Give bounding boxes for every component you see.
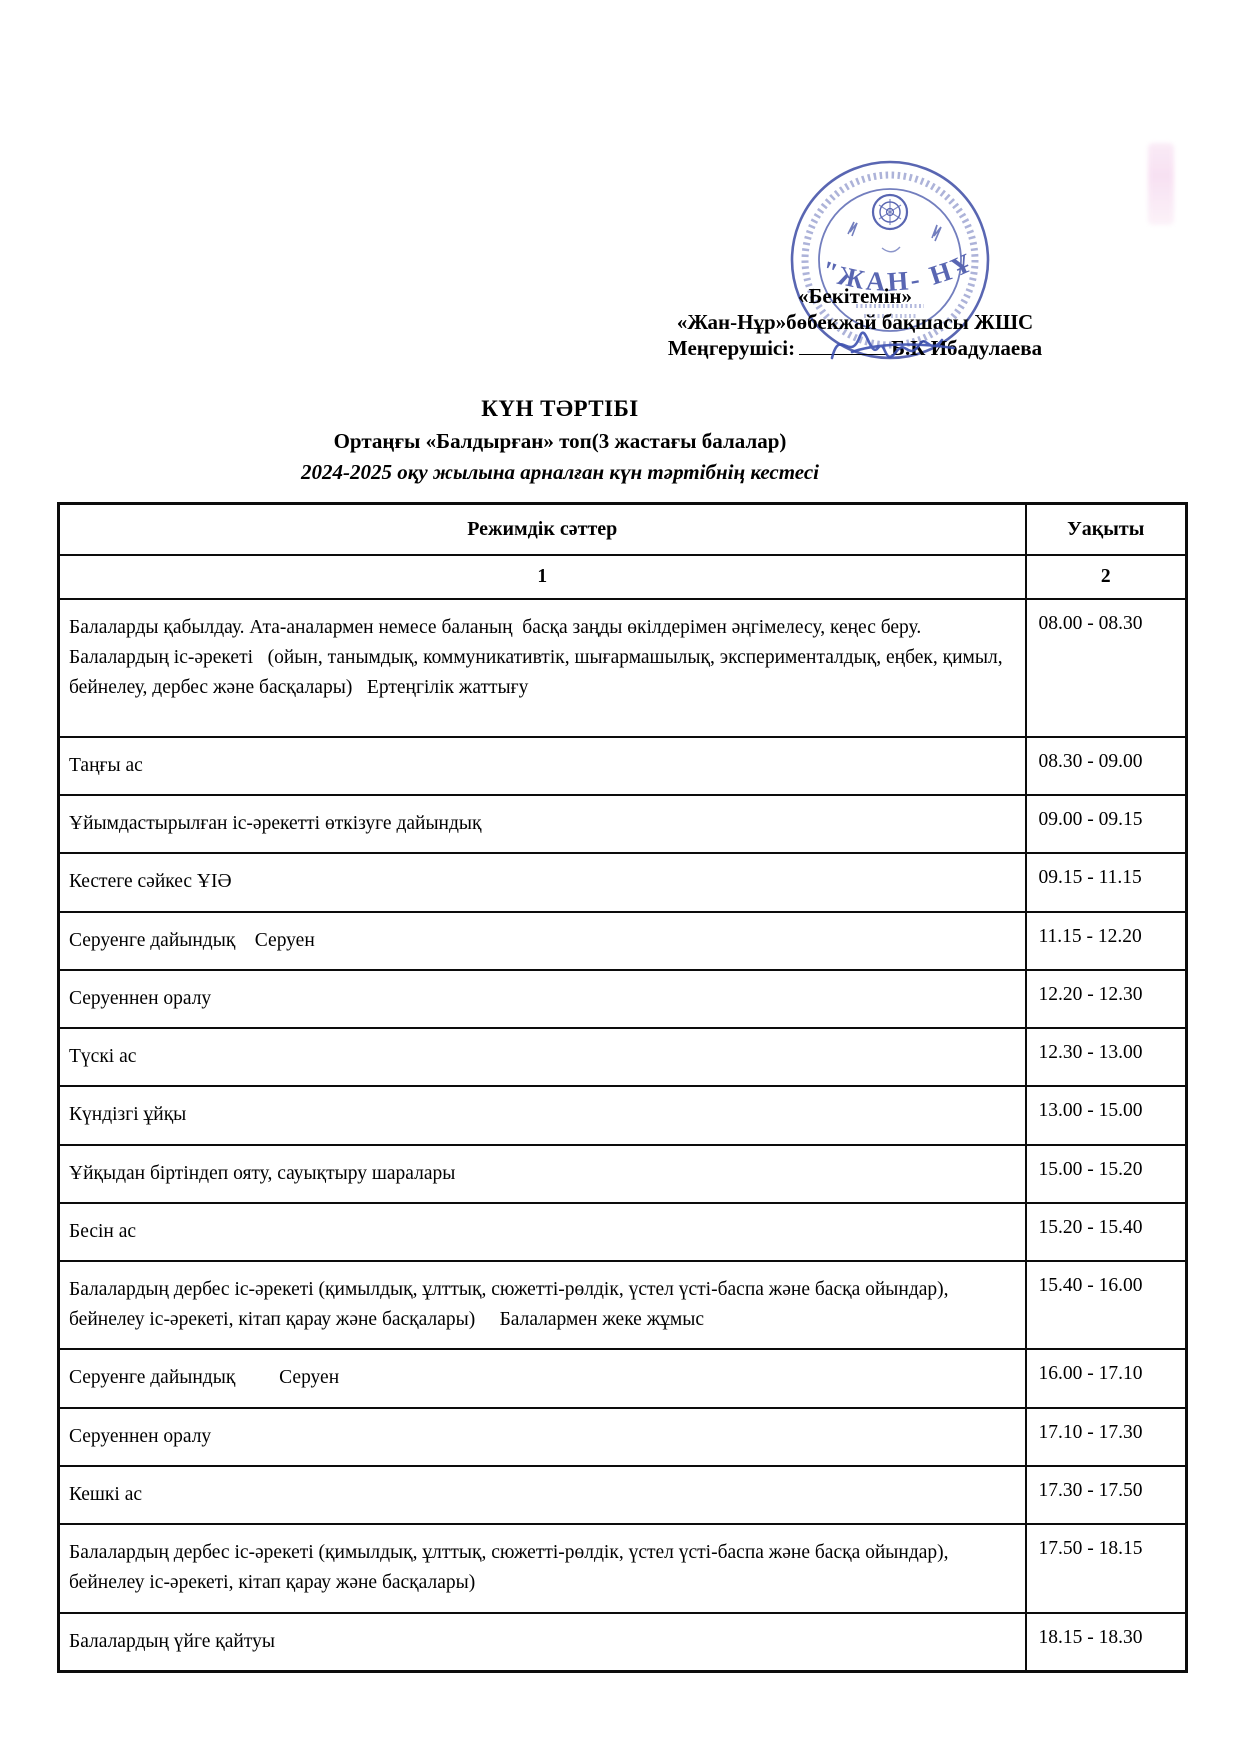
activity-cell: Серуенге дайындық Серуен bbox=[59, 912, 1026, 970]
svg-text:"ЖАН- НҰР": "ЖАН- НҰР" bbox=[786, 156, 979, 297]
activity-cell: Бесін ас bbox=[59, 1203, 1026, 1261]
time-cell: 16.00 - 17.10 bbox=[1026, 1349, 1187, 1407]
manager-label: Меңгерушісі: bbox=[668, 336, 795, 360]
activity-cell: Серуеннен оралу bbox=[59, 970, 1026, 1028]
activity-cell: Күндізгі ұйқы bbox=[59, 1086, 1026, 1144]
time-cell: 17.10 - 17.30 bbox=[1026, 1408, 1187, 1466]
stamp-center-text: "ЖАН- НҰР" bbox=[786, 156, 979, 297]
column-number-row: 1 2 bbox=[59, 555, 1187, 599]
column-number-1: 1 bbox=[59, 555, 1026, 599]
table-row: Күндізгі ұйқы 13.00 - 15.00 bbox=[59, 1086, 1187, 1144]
activity-cell: Ұйқыдан біртіндеп ояту, сауықтыру шарала… bbox=[59, 1145, 1026, 1203]
table-row: Таңғы ас 08.30 - 09.00 bbox=[59, 737, 1187, 795]
time-cell: 17.50 - 18.15 bbox=[1026, 1524, 1187, 1612]
manager-name: Б.К Ибадулаева bbox=[891, 336, 1042, 360]
table-row: Серуеннен оралу 17.10 - 17.30 bbox=[59, 1408, 1187, 1466]
activity-cell: Кестеге сәйкес ҰІӘ bbox=[59, 853, 1026, 911]
schedule-table: Режимдік сәттер Уақыты 1 2 Балаларды қаб… bbox=[57, 502, 1188, 1673]
table-row: Бесін ас 15.20 - 15.40 bbox=[59, 1203, 1187, 1261]
approval-line-1: «Бекітемін» bbox=[645, 283, 1065, 309]
table-header-row: Режимдік сәттер Уақыты bbox=[59, 504, 1187, 556]
table-row: Серуеннен оралу 12.20 - 12.30 bbox=[59, 970, 1187, 1028]
column-header-activity: Режимдік сәттер bbox=[59, 504, 1026, 556]
table-row: Серуенге дайындық Серуен 16.00 - 17.10 bbox=[59, 1349, 1187, 1407]
activity-cell: Кешкі ас bbox=[59, 1466, 1026, 1524]
activity-cell: Серуенге дайындық Серуен bbox=[59, 1349, 1026, 1407]
time-cell: 13.00 - 15.00 bbox=[1026, 1086, 1187, 1144]
activity-cell: Балалардың дербес іс-әрекеті (қимылдық, … bbox=[59, 1261, 1026, 1349]
year-subtitle: 2024-2025 оқу жылына арналған күн тәртіб… bbox=[0, 460, 1120, 485]
table-row: Балалардың дербес іс-әрекеті (қимылдық, … bbox=[59, 1261, 1187, 1349]
time-cell: 15.00 - 15.20 bbox=[1026, 1145, 1187, 1203]
table-row: Балаларды қабылдау. Ата-аналармен немесе… bbox=[59, 599, 1187, 737]
document-page: "ЖАН- НҰР" «Бекітемін» «Жан-Нұр»бөбекжай… bbox=[0, 0, 1241, 1754]
stamp-ornament-right bbox=[932, 225, 941, 241]
time-cell: 18.15 - 18.30 bbox=[1026, 1613, 1187, 1672]
approval-line-3: Меңгерушісі:Б.К Ибадулаева bbox=[645, 335, 1065, 361]
time-cell: 12.30 - 13.00 bbox=[1026, 1028, 1187, 1086]
activity-cell: Балалардың үйге қайтуы bbox=[59, 1613, 1026, 1672]
time-cell: 15.40 - 16.00 bbox=[1026, 1261, 1187, 1349]
column-header-time: Уақыты bbox=[1026, 504, 1187, 556]
time-cell: 15.20 - 15.40 bbox=[1026, 1203, 1187, 1261]
stamp-ornament-left bbox=[848, 222, 857, 236]
activity-cell: Түскі ас bbox=[59, 1028, 1026, 1086]
table-row: Ұйымдастырылған іс-әрекетті өткізуге дай… bbox=[59, 795, 1187, 853]
activity-cell: Серуеннен оралу bbox=[59, 1408, 1026, 1466]
time-cell: 09.15 - 11.15 bbox=[1026, 853, 1187, 911]
time-cell: 09.00 - 09.15 bbox=[1026, 795, 1187, 853]
document-title-block: КҮН ТӘРТІБІ Ортаңғы «Балдырған» топ(3 жа… bbox=[0, 396, 1120, 485]
activity-cell: Балалардың дербес іс-әрекеті (қимылдық, … bbox=[59, 1524, 1026, 1612]
table-row: Серуенге дайындық Серуен 11.15 - 12.20 bbox=[59, 912, 1187, 970]
time-cell: 08.00 - 08.30 bbox=[1026, 599, 1187, 737]
group-subtitle: Ортаңғы «Балдырған» топ(3 жастағы балала… bbox=[0, 429, 1120, 454]
activity-cell: Балаларды қабылдау. Ата-аналармен немесе… bbox=[59, 599, 1026, 737]
approval-block: «Бекітемін» «Жан-Нұр»бөбекжай бақшасы ЖШ… bbox=[645, 283, 1065, 361]
table-row: Кешкі ас 17.30 - 17.50 bbox=[59, 1466, 1187, 1524]
time-cell: 12.20 - 12.30 bbox=[1026, 970, 1187, 1028]
table-row: Түскі ас 12.30 - 13.00 bbox=[59, 1028, 1187, 1086]
scan-artifact bbox=[1148, 143, 1174, 225]
page-title: КҮН ТӘРТІБІ bbox=[0, 396, 1120, 422]
activity-cell: Таңғы ас bbox=[59, 737, 1026, 795]
column-number-2: 2 bbox=[1026, 555, 1187, 599]
activity-cell: Ұйымдастырылған іс-әрекетті өткізуге дай… bbox=[59, 795, 1026, 853]
time-cell: 11.15 - 12.20 bbox=[1026, 912, 1187, 970]
table-row: Ұйқыдан біртіндеп ояту, сауықтыру шарала… bbox=[59, 1145, 1187, 1203]
signature-line bbox=[799, 336, 887, 355]
table-row: Балалардың дербес іс-әрекеті (қимылдық, … bbox=[59, 1524, 1187, 1612]
time-cell: 08.30 - 09.00 bbox=[1026, 737, 1187, 795]
stamp-emblem-icon bbox=[873, 195, 907, 229]
table-row: Кестеге сәйкес ҰІӘ 09.15 - 11.15 bbox=[59, 853, 1187, 911]
table-row: Балалардың үйге қайтуы 18.15 - 18.30 bbox=[59, 1613, 1187, 1672]
approval-line-2: «Жан-Нұр»бөбекжай бақшасы ЖШС bbox=[645, 309, 1065, 335]
time-cell: 17.30 - 17.50 bbox=[1026, 1466, 1187, 1524]
